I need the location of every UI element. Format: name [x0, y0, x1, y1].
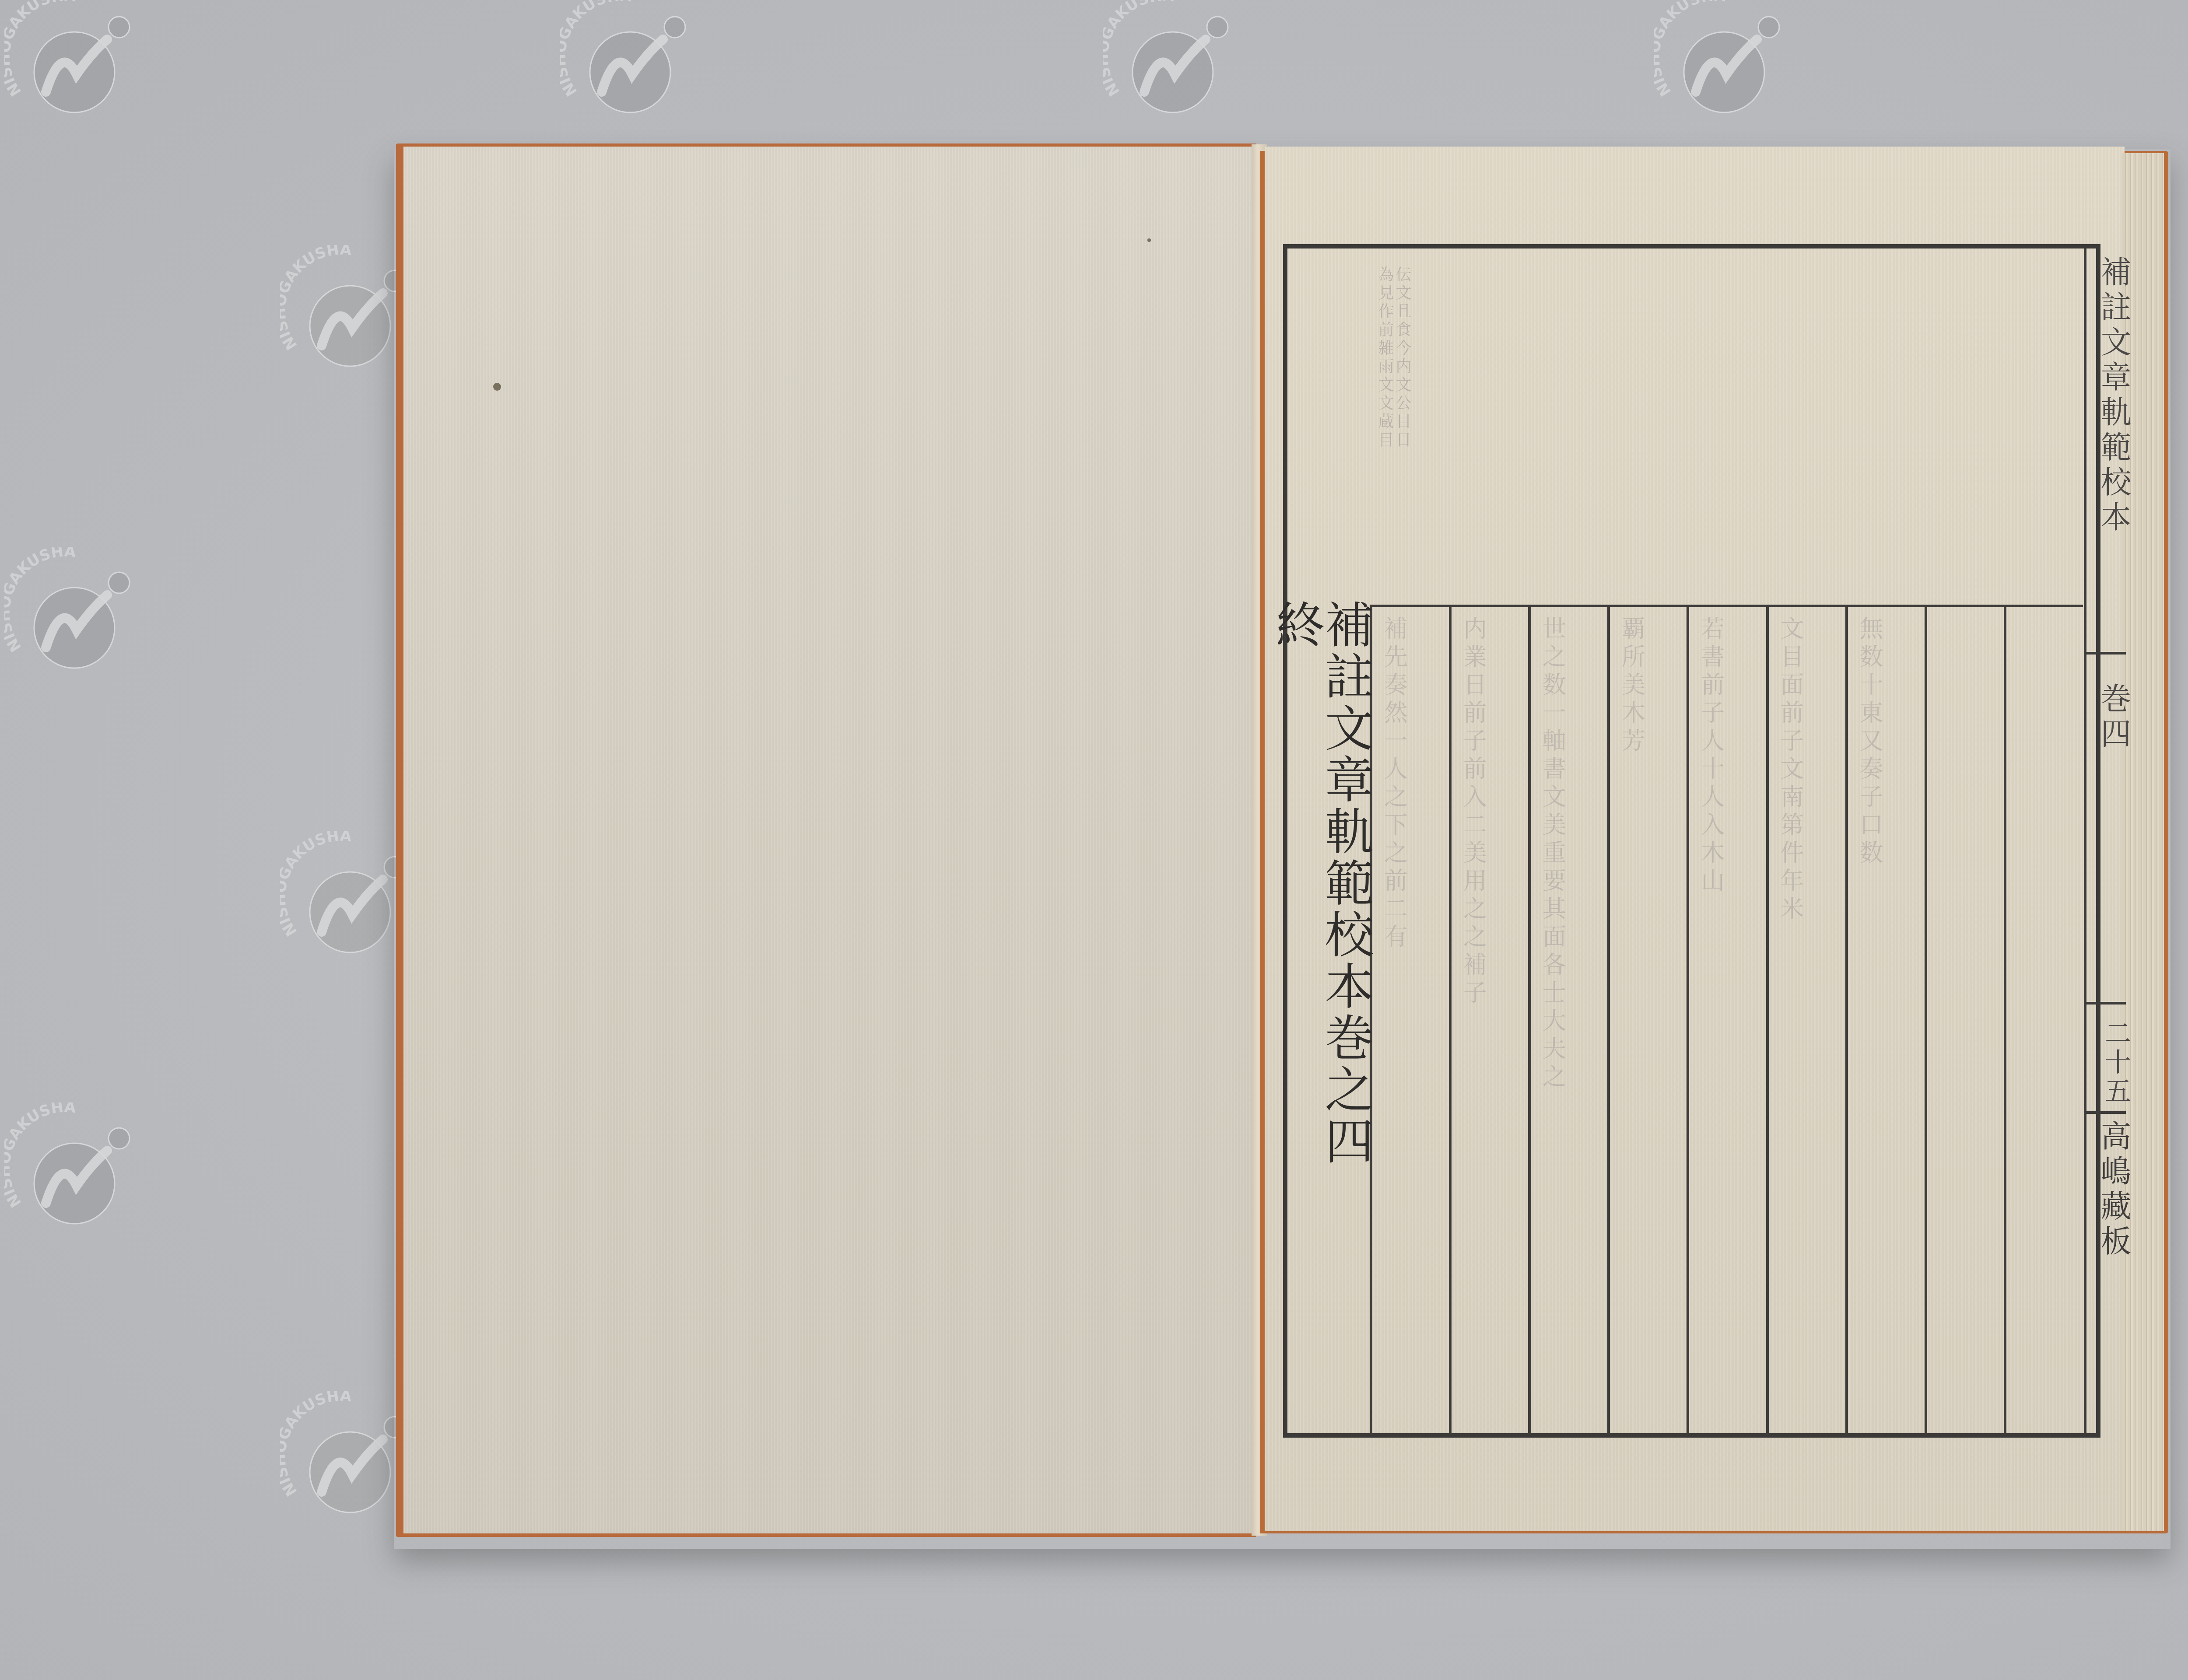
ghost-text: 若書前子人十人入木山	[1698, 616, 1724, 896]
ghost-text: 文目面前子文南第件年米	[1778, 616, 1803, 924]
margin-divider	[2086, 1002, 2126, 1004]
ghost-text: 世之数一軸書文美重要其面各士大夫之	[1539, 616, 1565, 1092]
margin-page-number: 二十五	[2094, 1019, 2129, 1106]
ghost-text: 覇所美木芳	[1619, 616, 1645, 756]
ghost-text: 伝文且食今内文公目日	[1396, 266, 1413, 450]
text-column: 世之数一軸書文美重要其面各士大夫之	[1528, 607, 1607, 1435]
ghost-text: 無数十東又奏子口数	[1857, 616, 1883, 868]
margin-divider	[2086, 652, 2126, 654]
text-column	[2004, 607, 2083, 1435]
margin-publisher: 高嶋藏板	[2094, 1120, 2129, 1260]
margin-divider	[2086, 1111, 2126, 1114]
text-column	[1925, 607, 2004, 1435]
margin-title: 補註文章軌範校本	[2094, 256, 2129, 536]
colophon-title: 補註文章軌範校本巻之四終	[1311, 599, 1370, 1212]
ghost-text: 内業日前子前入二美用之之補子	[1460, 616, 1486, 1008]
ghost-text: 補先奏然一人之下之前二有	[1381, 616, 1407, 952]
text-column: 内業日前子前入二美用之之補子	[1449, 607, 1528, 1435]
margin-volume: 巻四	[2094, 682, 2129, 752]
paper-spot	[493, 383, 501, 391]
paper-spot	[1147, 238, 1151, 242]
text-column: 文目面前子文南第件年米	[1766, 607, 1845, 1435]
left-page-blank	[403, 147, 1255, 1533]
header-annotation-block: 伝文且食今内文公目日 為見作前雑雨文文蔵目	[1370, 248, 2083, 607]
text-column: 覇所美木芳	[1607, 607, 1687, 1435]
text-column: 若書前子人十人入木山	[1687, 607, 1766, 1435]
text-columns: 補先奏然一人之下之前二有 内業日前子前入二美用之之補子 世之数一軸書文美重要其面…	[1370, 607, 2083, 1435]
text-column: 補先奏然一人之下之前二有	[1370, 607, 1449, 1435]
ghost-text: 為見作前雑雨文文蔵目	[1378, 266, 1396, 450]
text-column: 無数十東又奏子口数	[1845, 607, 1925, 1435]
